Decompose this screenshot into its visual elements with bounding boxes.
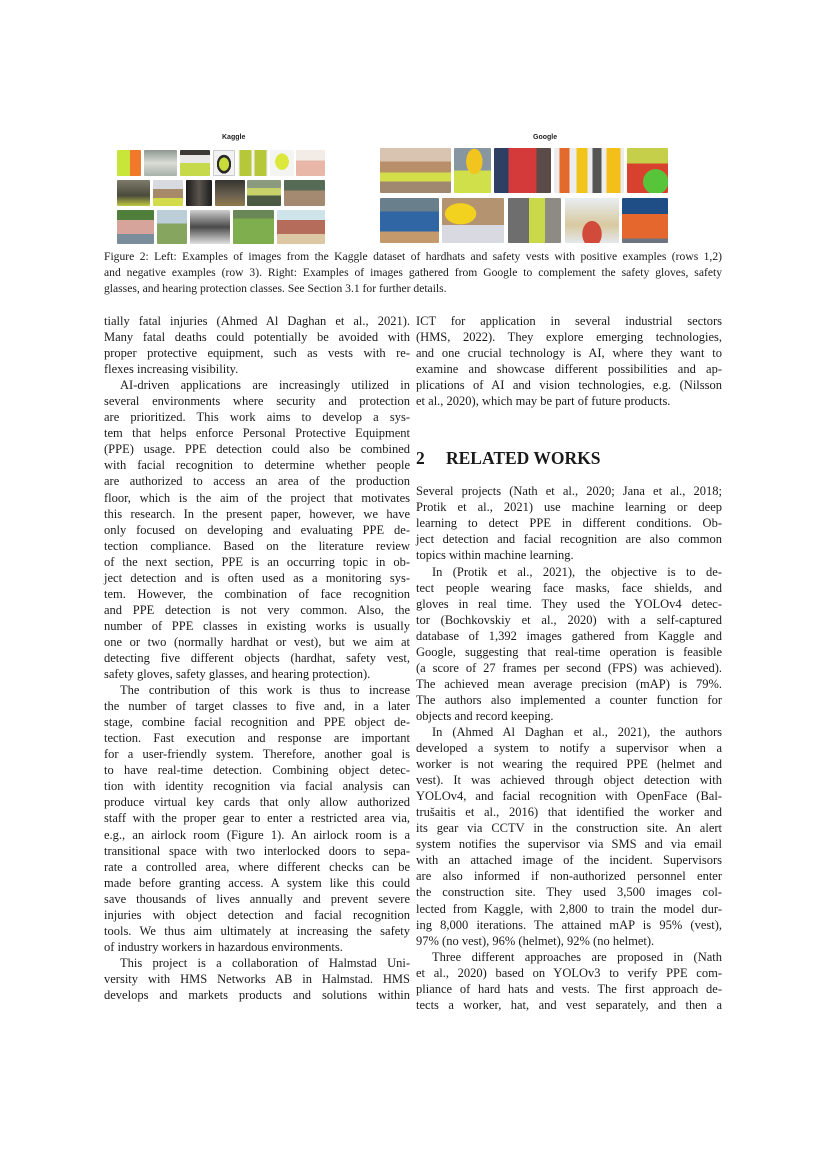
text-line: tion with identity recognition via facia…	[104, 778, 410, 794]
caption-line: glasses, and hearing protection classes.…	[104, 282, 722, 298]
text-line: stage, combine facial recognition and PP…	[104, 714, 410, 730]
text-line: tools. We thus aim ultimately at increas…	[104, 923, 410, 939]
text-line: its gear via CCTV in the construction si…	[416, 820, 722, 836]
text-line: plications of AI and vision technologies…	[416, 377, 722, 393]
text-line: The authors also implemented a counter f…	[416, 692, 722, 708]
kaggle-tile-hardhats-shelf	[180, 150, 210, 176]
text-line: et al., 2020) based on YOLOv3 to verify …	[416, 965, 722, 981]
text-line: safety gloves, safety glasses, and heari…	[104, 666, 410, 682]
text-line: In (Ahmed Al Daghan et al., 2021), the a…	[416, 724, 722, 740]
paragraph: tially fatal injuries (Ahmed Al Daghan e…	[104, 313, 410, 377]
text-line: develops and markets products and soluti…	[104, 987, 410, 1003]
text-line: examine and showcase different possibili…	[416, 361, 722, 377]
kaggle-tile-site-workers-2	[153, 180, 183, 206]
paragraph: In (Protik et al., 2021), the objective …	[416, 564, 722, 724]
caption-line: and negative examples (row 3). Right: Ex…	[104, 266, 722, 282]
figure-caption: Figure 2: Left: Examples of images from …	[104, 250, 722, 298]
text-line: system notifies the supervisor via SMS a…	[416, 836, 722, 852]
text-line: vest). It was achieved through object de…	[416, 772, 722, 788]
kaggle-tile-children-group	[117, 210, 154, 244]
text-line: the construction site. They used 3,500 i…	[416, 884, 722, 900]
google-tile-two-workers-site	[380, 148, 451, 193]
text-line: tection. Fast execution and response are…	[104, 730, 410, 746]
text-line: (PPE) usage. PPE detection could also be…	[104, 441, 410, 457]
paragraph: AI-driven applications are increasingly …	[104, 377, 410, 682]
paragraph: The contribution of this work is thus to…	[104, 682, 410, 955]
text-line: to have real-time detection. Combining o…	[104, 762, 410, 778]
text-line: worker is not wearing the required PPE (…	[416, 756, 722, 772]
kaggle-tile-vests	[117, 150, 141, 176]
text-line: produce virtual key cards that only allo…	[104, 794, 410, 810]
text-line: The contribution of this work is thus to…	[104, 682, 410, 698]
right-column: ICT for application in several industria…	[416, 313, 722, 1013]
text-line: of industry workers in hazardous environ…	[104, 939, 410, 955]
google-tile-worker-hearing	[454, 148, 491, 193]
kaggle-label: Kaggle	[222, 134, 245, 141]
text-line: proper protective equipment, such as ves…	[104, 345, 410, 361]
google-tile-worker-red-vest	[494, 148, 551, 193]
kaggle-tile-workers-vests-green	[247, 180, 281, 206]
google-tile-worker-drilling	[508, 198, 561, 243]
kaggle-tile-worker-outdoor	[284, 180, 325, 206]
kaggle-tile-football-field	[233, 210, 274, 244]
text-line: number of PPE classes in existing works …	[104, 618, 410, 634]
text-line: The achieved mean average precision (mAP…	[416, 676, 722, 692]
text-line: injuries with object detection and facia…	[104, 907, 410, 923]
text-line: Protik et al., 2021) use machine learnin…	[416, 499, 722, 515]
paragraph: Three different approaches are proposed …	[416, 949, 722, 1013]
kaggle-tile-bw-crowd	[190, 210, 230, 244]
kaggle-tile-worker-vest	[213, 150, 235, 176]
text-line: rate a controlled area, where different …	[104, 859, 410, 875]
text-line: tor (Bochkovskiy et al., 2020) with a se…	[416, 612, 722, 628]
text-line: are also informed if non-authorized pers…	[416, 868, 722, 884]
paragraph: Several projects (Nath et al., 2020; Jan…	[416, 483, 722, 563]
text-line: floor, which is the aim of the project t…	[104, 490, 410, 506]
text-line: tect people wearing face masks, face shi…	[416, 580, 722, 596]
kaggle-tile-dark-site	[186, 180, 212, 206]
kaggle-tile-yellow-hardhat	[270, 150, 294, 176]
paragraph: ICT for application in several industria…	[416, 313, 722, 409]
text-line: 97% (no vest), 96% (helmet), 92% (no hel…	[416, 933, 722, 949]
kaggle-tile-cyclists	[157, 210, 187, 244]
kaggle-tile-workers-hardhats	[296, 150, 325, 176]
text-line: This project is a collaboration of Halms…	[104, 955, 410, 971]
text-line: e.g., an airlock room (Figure 1). An air…	[104, 827, 410, 843]
text-line: made before granting access. A system li…	[104, 875, 410, 891]
text-line: pliance of hard hats and vests. The firs…	[416, 981, 722, 997]
text-line: detecting five different objects (hardha…	[104, 650, 410, 666]
text-line: Several projects (Nath et al., 2020; Jan…	[416, 483, 722, 499]
text-line: tects a worker, hat, and vest separately…	[416, 997, 722, 1013]
caption-line: Figure 2: Left: Examples of images from …	[104, 250, 722, 266]
text-line: one or two (normally hardhat or vest), b…	[104, 634, 410, 650]
text-line: staff with the proper gear to enter a re…	[104, 810, 410, 826]
left-column: tially fatal injuries (Ahmed Al Daghan e…	[104, 313, 410, 1003]
text-line: are authorized to access an area of the …	[104, 473, 410, 489]
text-line: only focused on developing and evaluatin…	[104, 522, 410, 538]
section-number: 2	[416, 447, 446, 469]
text-line: ject detection and is often used as a mo…	[104, 570, 410, 586]
paragraph: This project is a collaboration of Halms…	[104, 955, 410, 1003]
text-line: gloves in real time. They used the YOLOv…	[416, 596, 722, 612]
text-line: AI-driven applications are increasingly …	[104, 377, 410, 393]
google-tile-worker-crouching	[380, 198, 439, 243]
text-line: developed a system to notify a superviso…	[416, 740, 722, 756]
text-line: transitional space with two interlocked …	[104, 843, 410, 859]
text-line: ICT for application in several industria…	[416, 313, 722, 329]
text-line: (a score of 27 frames per second (FPS) w…	[416, 660, 722, 676]
text-line: are prioritized. This work aims to devel…	[104, 409, 410, 425]
paragraph: In (Ahmed Al Daghan et al., 2021), the a…	[416, 724, 722, 949]
google-tile-worker-earmuffs-gloves	[565, 198, 619, 243]
text-line: et al., 2020), which may be part of futu…	[416, 393, 722, 409]
text-line: learning to detect PPE in different cond…	[416, 515, 722, 531]
text-line: tection compliance. Based on the literat…	[104, 538, 410, 554]
text-line: tially fatal injuries (Ahmed Al Daghan e…	[104, 313, 410, 329]
kaggle-tile-site-workers-1	[117, 180, 150, 206]
kaggle-tile-tunnel-workers	[215, 180, 245, 206]
text-line: flexes increasing visibility.	[104, 361, 410, 377]
kaggle-tile-hardhats-rows	[144, 150, 177, 176]
text-line: (HMS, 2022). They explore emerging techn…	[416, 329, 722, 345]
text-line: ject detection and facial recognition ar…	[416, 531, 722, 547]
text-line: Three different approaches are proposed …	[416, 949, 722, 965]
text-line: lected from Kaggle, with 2,800 to train …	[416, 901, 722, 917]
text-line: this research. In the present paper, how…	[104, 506, 410, 522]
text-line: ing 8,000 iterations. The attained mAP i…	[416, 917, 722, 933]
kaggle-tile-beach-group	[277, 210, 325, 244]
kaggle-tile-vest-front-back	[238, 150, 268, 176]
google-tile-ppe-items	[554, 148, 624, 193]
google-label: Google	[533, 134, 557, 141]
text-line: and one crucial technology is AI, where …	[416, 345, 722, 361]
text-line: and PPE detection is not very common. Al…	[104, 602, 410, 618]
text-line: save thousands of lives annually and pre…	[104, 891, 410, 907]
section-heading: 2RELATED WORKS	[416, 447, 722, 469]
section-title: RELATED WORKS	[446, 448, 600, 468]
text-line: topics within machine learning.	[416, 547, 722, 563]
text-line: the number of target classes to five and…	[104, 698, 410, 714]
text-line: Many fatal deaths could potentially be a…	[104, 329, 410, 345]
text-line: several environments where security and …	[104, 393, 410, 409]
text-line: with facial recognition to determine whe…	[104, 457, 410, 473]
text-line: In (Protik et al., 2021), the objective …	[416, 564, 722, 580]
google-tile-hardhat-gloves-mask	[442, 198, 504, 243]
google-tile-worker-orange-helmet	[627, 148, 668, 193]
text-line: with an attached image of the incident. …	[416, 852, 722, 868]
text-line: trušaitis et al., 2016) that identified …	[416, 804, 722, 820]
text-line: for a user-friendly system. Therefore, a…	[104, 746, 410, 762]
text-line: YOLOv4, and facial recognition with Open…	[416, 788, 722, 804]
google-tile-group-orange-suits	[622, 198, 668, 243]
text-line: tem. However, the combination of face re…	[104, 586, 410, 602]
text-line: objects and record keeping.	[416, 708, 722, 724]
text-line: of the next section, PPE is an occurring…	[104, 554, 410, 570]
text-line: Google, suggesting that real-time operat…	[416, 644, 722, 660]
text-line: versity with HMS Networks AB in Halmstad…	[104, 971, 410, 987]
text-line: database of 1,392 images gathered from K…	[416, 628, 722, 644]
text-line: tem that helps enforce Personal Protecti…	[104, 425, 410, 441]
